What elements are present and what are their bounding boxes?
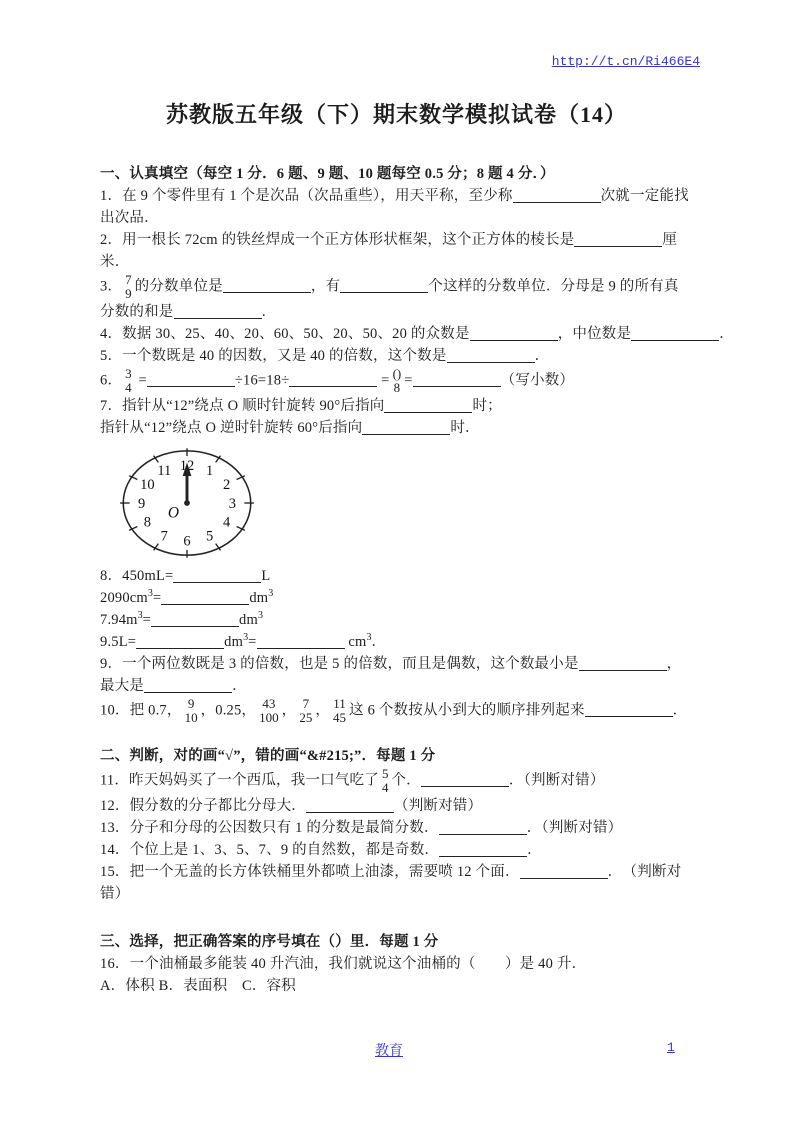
text-run: 7.94m <box>100 612 138 628</box>
blank-line <box>306 798 394 813</box>
blank-line <box>439 820 527 835</box>
question-2-line-2: 米． <box>100 251 713 273</box>
text-run: 16．一个油桶最多能装 40 升汽油，我们就说这个油桶的（ ）是 40 升． <box>100 956 586 972</box>
clock-number-2: 2 <box>223 477 230 493</box>
text-run: 厘 <box>662 232 677 248</box>
question-5: 5．一个数既是 40 的因数，又是 40 的倍数，这个数是． <box>100 345 713 367</box>
text-run: 6． <box>100 372 122 388</box>
text-run: = <box>135 372 147 388</box>
question-1-line-1: 1．在 9 个零件里有 1 个是次品（次品重些），用天平称，至少称次就一定能找 <box>100 185 713 207</box>
clock-face-svg: 12 1 2 3 4 5 6 7 8 9 10 11 O <box>118 447 256 559</box>
blank-line <box>289 372 377 387</box>
blank-line <box>257 634 345 649</box>
text-run: 个． <box>391 772 420 788</box>
fraction: 54 <box>379 767 392 795</box>
text-run: ． <box>673 702 688 718</box>
text-run: ． <box>262 304 277 320</box>
text-run: （判断对错） <box>394 798 482 814</box>
text-run: = <box>377 372 389 388</box>
clock-figure: 12 1 2 3 4 5 6 7 8 9 10 11 O <box>118 447 793 559</box>
blank-line <box>520 864 608 879</box>
text-run: 个这样的分数单位．分母是 9 的所有真 <box>428 278 678 294</box>
text-run: 9．一个两位数既是 3 的倍数，也是 5 的倍数，而且是偶数，这个数最小是 <box>100 656 579 672</box>
text-run: ，有 <box>311 278 340 294</box>
section-3-heading: 三、选择，把正确答案的序号填在（）里．每题 1 分 <box>100 931 713 953</box>
question-2-line-1: 2．用一根长 72cm 的铁丝焊成一个正方体形状框架，这个正方体的棱长是厘 <box>100 229 713 251</box>
text-run: 三、选择，把正确答案的序号填在（）里．每题 1 分 <box>100 934 439 950</box>
blank-line <box>470 326 558 341</box>
text-run: 最大是 <box>100 678 144 694</box>
text-run: 15．把一个无盖的长方体铁桶里外都喷上油漆，需要喷 12 个面． <box>100 864 520 880</box>
text-run: 1．在 9 个零件里有 1 个是次品（次品重些），用天平称，至少称 <box>100 188 513 204</box>
clock-number-10: 10 <box>140 477 154 493</box>
blank-line <box>384 398 472 413</box>
document-page: http://t.cn/Ri466E4 苏教版五年级（下）期末数学模拟试卷（14… <box>0 0 793 1122</box>
question-14: 14．个位上是 1、3、5、7、9 的自然数，都是奇数．． <box>100 839 713 861</box>
footer-education-link[interactable]: 教育 <box>375 1040 403 1060</box>
blank-line <box>147 372 235 387</box>
question-8-line-2: 2090cm3=dm3 <box>100 587 713 609</box>
superscript: 3 <box>268 588 273 599</box>
blank-line <box>631 326 719 341</box>
question-8-line-3: 7.94m3=dm3 <box>100 609 713 631</box>
clock-number-6: 6 <box>183 533 190 549</box>
content-section-1: 一、认真填空（每空 1 分．6 题、9 题、10 题每空 0.5 分；8 题 4… <box>0 163 793 439</box>
text-run: ． <box>719 326 734 342</box>
footer: 教育 1 <box>0 1040 793 1064</box>
text-run: ．（判断对错） <box>527 820 623 836</box>
header-url-link[interactable]: http://t.cn/Ri466E4 <box>552 54 700 69</box>
text-run: 时． <box>450 420 479 436</box>
question-6: 6．34 =÷16=18÷ =()8=（写小数） <box>100 367 713 395</box>
text-run: dm <box>224 634 243 650</box>
blank-line <box>421 772 509 787</box>
text-run: ． <box>527 842 542 858</box>
text-run: 8．450mL= <box>100 568 173 584</box>
text-run: 的分数单位是 <box>135 278 223 294</box>
page-title: 苏教版五年级（下）期末数学模拟试卷（14） <box>0 98 793 129</box>
text-run: 指针从“12”绕点 O 逆时针旋转 60°后指向 <box>100 420 362 436</box>
question-9-line-2: 最大是． <box>100 675 713 697</box>
question-16: 16．一个油桶最多能装 40 升汽油，我们就说这个油桶的（ ）是 40 升． <box>100 953 713 975</box>
clock-center-label: O <box>168 504 179 521</box>
text-run: 7．指针从“12”绕点 O 顺时针旋转 90°后指向 <box>100 398 384 414</box>
text-run: （写小数） <box>501 372 575 388</box>
blank-line <box>144 678 232 693</box>
content-section-2: 8．450mL=L2090cm3=dm37.94m3=dm39.5L=dm3= … <box>0 565 793 997</box>
text-run: dm <box>239 612 258 628</box>
superscript: 3 <box>258 610 263 621</box>
question-13: 13．分子和分母的公因数只有 1 的分数是最简分数．．（判断对错） <box>100 817 713 839</box>
question-8-line-4: 9.5L=dm3= cm3． <box>100 631 713 653</box>
blank-line <box>223 278 311 293</box>
blank-line <box>340 278 428 293</box>
clock-center-dot <box>184 500 190 506</box>
text-run: ，0.25， <box>201 702 257 718</box>
text-run: ． <box>535 348 550 364</box>
section-1-heading: 一、认真填空（每空 1 分．6 题、9 题、10 题每空 0.5 分；8 题 4… <box>100 163 713 185</box>
question-11: 11．昨天妈妈买了一个西瓜，我一口气吃了54个．．（判断对错） <box>100 767 713 795</box>
text-run: 3． <box>100 278 122 294</box>
text-run: ． <box>232 678 247 694</box>
text-run: ， <box>667 656 682 672</box>
blank-line <box>447 348 535 363</box>
text-run: dm <box>249 590 268 606</box>
text-run: 一、认真填空（每空 1 分．6 题、9 题、10 题每空 0.5 分；8 题 4… <box>100 166 555 182</box>
text-run: 12．假分数的分子都比分母大． <box>100 798 306 814</box>
text-run: 13．分子和分母的公因数只有 1 的分数是最简分数． <box>100 820 439 836</box>
fraction: 34 <box>122 367 135 395</box>
text-run: 11．昨天妈妈买了一个西瓜，我一口气吃了 <box>100 772 379 788</box>
text-run: 2．用一根长 72cm 的铁丝焊成一个正方体形状框架，这个正方体的棱长是 <box>100 232 574 248</box>
text-run: = <box>404 372 412 388</box>
blank-line <box>362 420 450 435</box>
question-1-line-2: 出次品． <box>100 207 713 229</box>
blank-line <box>151 612 239 627</box>
text-run: ， <box>282 702 297 718</box>
fraction: 910 <box>182 697 201 725</box>
blank-line <box>574 232 662 247</box>
text-run: ， <box>315 702 330 718</box>
text-run: 4．数据 30、25、40、20、60、50、20、50、20 的众数是 <box>100 326 470 342</box>
fraction: 1145 <box>330 697 349 725</box>
text-run: ．（判断对错） <box>509 772 605 788</box>
blank-line <box>585 702 673 717</box>
clock-number-1: 1 <box>206 463 213 479</box>
text-run: 米． <box>100 254 129 270</box>
text-run: 5．一个数既是 40 的因数，又是 40 的倍数，这个数是 <box>100 348 447 364</box>
text-run: 14．个位上是 1、3、5、7、9 的自然数，都是奇数． <box>100 842 439 858</box>
question-3-line-2: 分数的和是． <box>100 301 713 323</box>
text-run: ． <box>371 634 386 650</box>
blank-line <box>513 188 601 203</box>
text-run: 分数的和是 <box>100 304 174 320</box>
blank-line <box>413 372 501 387</box>
text-run: ，中位数是 <box>558 326 632 342</box>
text-run: = <box>143 612 151 628</box>
blank-line <box>439 842 527 857</box>
question-7-line-2: 指针从“12”绕点 O 逆时针旋转 60°后指向时． <box>100 417 713 439</box>
clock-number-3: 3 <box>229 496 236 512</box>
text-run: ÷16=18÷ <box>235 372 290 388</box>
text-run: 这 6 个数按从小到大的顺序排列起来 <box>349 702 585 718</box>
blank-line <box>136 634 224 649</box>
text-run: = <box>153 590 161 606</box>
fraction: ()8 <box>390 367 405 395</box>
text-run: 9.5L= <box>100 634 136 650</box>
text-run: 出次品． <box>100 210 159 226</box>
section-2-heading: 二、判断，对的画“√”，错的画“&#215;”．每题 1 分 <box>100 745 713 767</box>
question-10: 10．把 0.7，910，0.25，43100，725，1145这 6 个数按从… <box>100 697 713 725</box>
clock-number-11: 11 <box>157 463 171 479</box>
text-run: L <box>261 568 270 584</box>
text-run: 次就一定能找 <box>601 188 689 204</box>
question-4: 4．数据 30、25、40、20、60、50、20、50、20 的众数是，中位数… <box>100 323 713 345</box>
text-run: A．体积 B．表面积 C．容积 <box>100 978 296 994</box>
blank-line <box>579 656 667 671</box>
clock-number-7: 7 <box>161 529 168 545</box>
question-3-line-1: 3．79的分数单位是，有个这样的分数单位．分母是 9 的所有真 <box>100 273 713 301</box>
text-run: 2090cm <box>100 590 148 606</box>
question-15-line-1: 15．把一个无盖的长方体铁桶里外都喷上油漆，需要喷 12 个面．． （判断对 <box>100 861 713 883</box>
blank-line <box>173 568 261 583</box>
clock-number-4: 4 <box>223 515 231 531</box>
clock-number-9: 9 <box>138 496 145 512</box>
clock-number-5: 5 <box>206 529 213 545</box>
text-run: = <box>248 634 256 650</box>
question-12: 12．假分数的分子都比分母大．（判断对错） <box>100 795 713 817</box>
question-15-line-2: 错） <box>100 883 713 905</box>
footer-page-number-link[interactable]: 1 <box>667 1040 675 1055</box>
text-run: 二、判断，对的画“√”，错的画“&#215;”．每题 1 分 <box>100 748 435 764</box>
clock-number-8: 8 <box>144 515 151 531</box>
text-run: cm <box>345 634 367 650</box>
text-run: 时； <box>472 398 501 414</box>
header: http://t.cn/Ri466E4 <box>0 0 793 70</box>
blank-line <box>174 304 262 319</box>
question-7-line-1: 7．指针从“12”绕点 O 顺时针旋转 90°后指向时； <box>100 395 713 417</box>
text-run: ． （判断对 <box>608 864 682 880</box>
blank-line <box>161 590 249 605</box>
fraction: 43100 <box>256 697 282 725</box>
question-9-line-1: 9．一个两位数既是 3 的倍数，也是 5 的倍数，而且是偶数，这个数最小是， <box>100 653 713 675</box>
question-16-options: A．体积 B．表面积 C．容积 <box>100 975 713 997</box>
question-8-line-1: 8．450mL=L <box>100 565 713 587</box>
fraction: 79 <box>122 273 135 301</box>
text-run: 10．把 0.7， <box>100 702 182 718</box>
fraction: 725 <box>296 697 315 725</box>
text-run: 错） <box>100 886 129 902</box>
